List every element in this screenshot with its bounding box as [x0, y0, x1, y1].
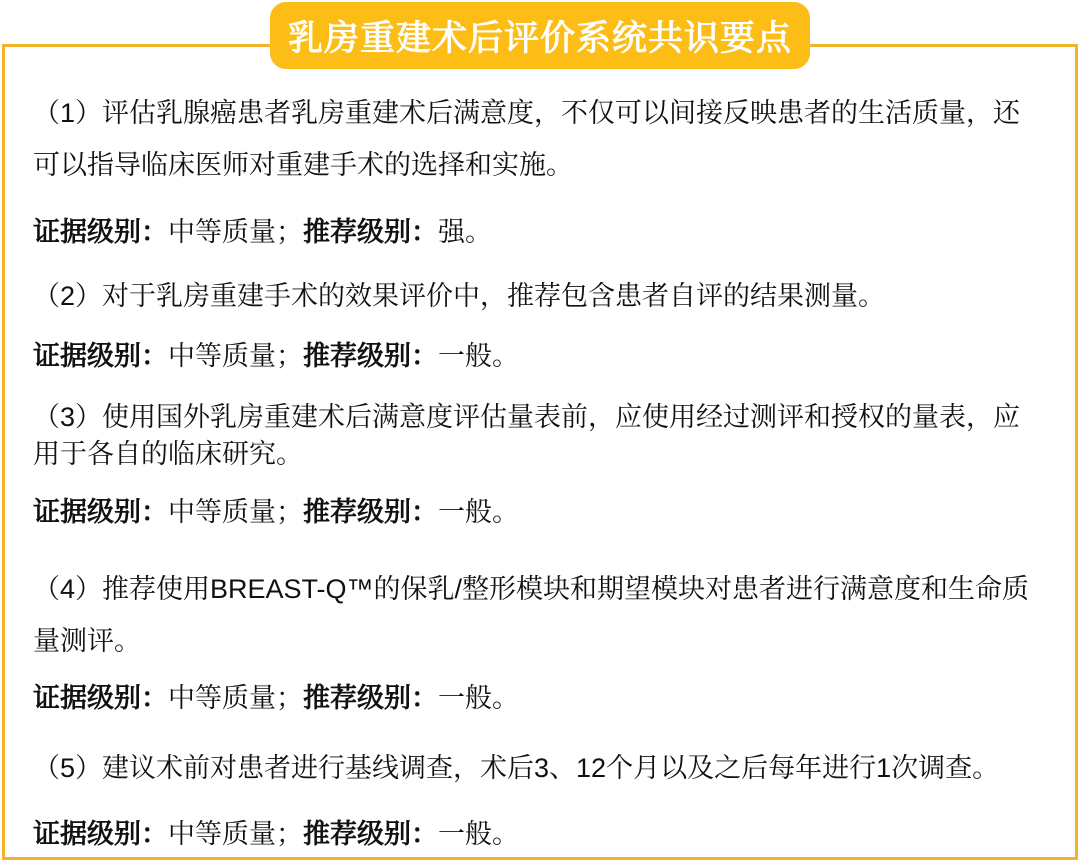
item-text: （1）评估乳腺癌患者乳房重建术后满意度，不仅可以间接反映患者的生活质量，还可以指…: [33, 87, 1045, 191]
evidence-line: 证据级别：中等质量；推荐级别：一般。: [33, 817, 1045, 851]
recommendation-value: 一般。: [438, 683, 519, 713]
evidence-label: 证据级别：: [33, 341, 168, 371]
page-title: 乳房重建术后评价系统共识要点: [288, 11, 792, 61]
evidence-line: 证据级别：中等质量；推荐级别：强。: [33, 215, 1045, 249]
evidence-value: 中等质量；: [168, 497, 303, 527]
recommendation-value: 强。: [438, 217, 492, 247]
evidence-label: 证据级别：: [33, 819, 168, 849]
item-text: （4）推荐使用BREAST-Q™的保乳/整形模块和期望模块对患者进行满意度和生命…: [33, 563, 1045, 667]
evidence-line: 证据级别：中等质量；推荐级别：一般。: [33, 495, 1045, 529]
evidence-label: 证据级别：: [33, 683, 168, 713]
evidence-label: 证据级别：: [33, 217, 168, 247]
item-text: （5）建议术前对患者进行基线调查，术后3、12个月以及之后每年进行1次调查。: [33, 751, 1045, 785]
recommendation-label: 推荐级别：: [303, 341, 438, 371]
evidence-value: 中等质量；: [168, 819, 303, 849]
evidence-line: 证据级别：中等质量；推荐级别：一般。: [33, 681, 1045, 715]
item-text: （3）使用国外乳房重建术后满意度评估量表前，应使用经过测评和授权的量表，应用于各…: [33, 399, 1045, 473]
evidence-value: 中等质量；: [168, 683, 303, 713]
consensus-item: （2）对于乳房重建手术的效果评价中，推荐包含患者自评的结果测量。 证据级别：中等…: [33, 279, 1045, 373]
consensus-item: （3）使用国外乳房重建术后满意度评估量表前，应使用经过测评和授权的量表，应用于各…: [33, 399, 1045, 529]
recommendation-value: 一般。: [438, 819, 519, 849]
recommendation-value: 一般。: [438, 341, 519, 371]
consensus-item: （1）评估乳腺癌患者乳房重建术后满意度，不仅可以间接反映患者的生活质量，还可以指…: [33, 87, 1045, 249]
recommendation-value: 一般。: [438, 497, 519, 527]
recommendation-label: 推荐级别：: [303, 683, 438, 713]
content-box: （1）评估乳腺癌患者乳房重建术后满意度，不仅可以间接反映患者的生活质量，还可以指…: [2, 44, 1078, 860]
header-badge: 乳房重建术后评价系统共识要点: [270, 2, 810, 69]
consensus-item: （4）推荐使用BREAST-Q™的保乳/整形模块和期望模块对患者进行满意度和生命…: [33, 563, 1045, 715]
recommendation-label: 推荐级别：: [303, 819, 438, 849]
evidence-line: 证据级别：中等质量；推荐级别：一般。: [33, 339, 1045, 373]
item-text: （2）对于乳房重建手术的效果评价中，推荐包含患者自评的结果测量。: [33, 279, 1045, 313]
page: 乳房重建术后评价系统共识要点 （1）评估乳腺癌患者乳房重建术后满意度，不仅可以间…: [0, 0, 1080, 863]
evidence-value: 中等质量；: [168, 341, 303, 371]
recommendation-label: 推荐级别：: [303, 497, 438, 527]
evidence-value: 中等质量；: [168, 217, 303, 247]
evidence-label: 证据级别：: [33, 497, 168, 527]
recommendation-label: 推荐级别：: [303, 217, 438, 247]
consensus-item: （5）建议术前对患者进行基线调查，术后3、12个月以及之后每年进行1次调查。 证…: [33, 751, 1045, 851]
